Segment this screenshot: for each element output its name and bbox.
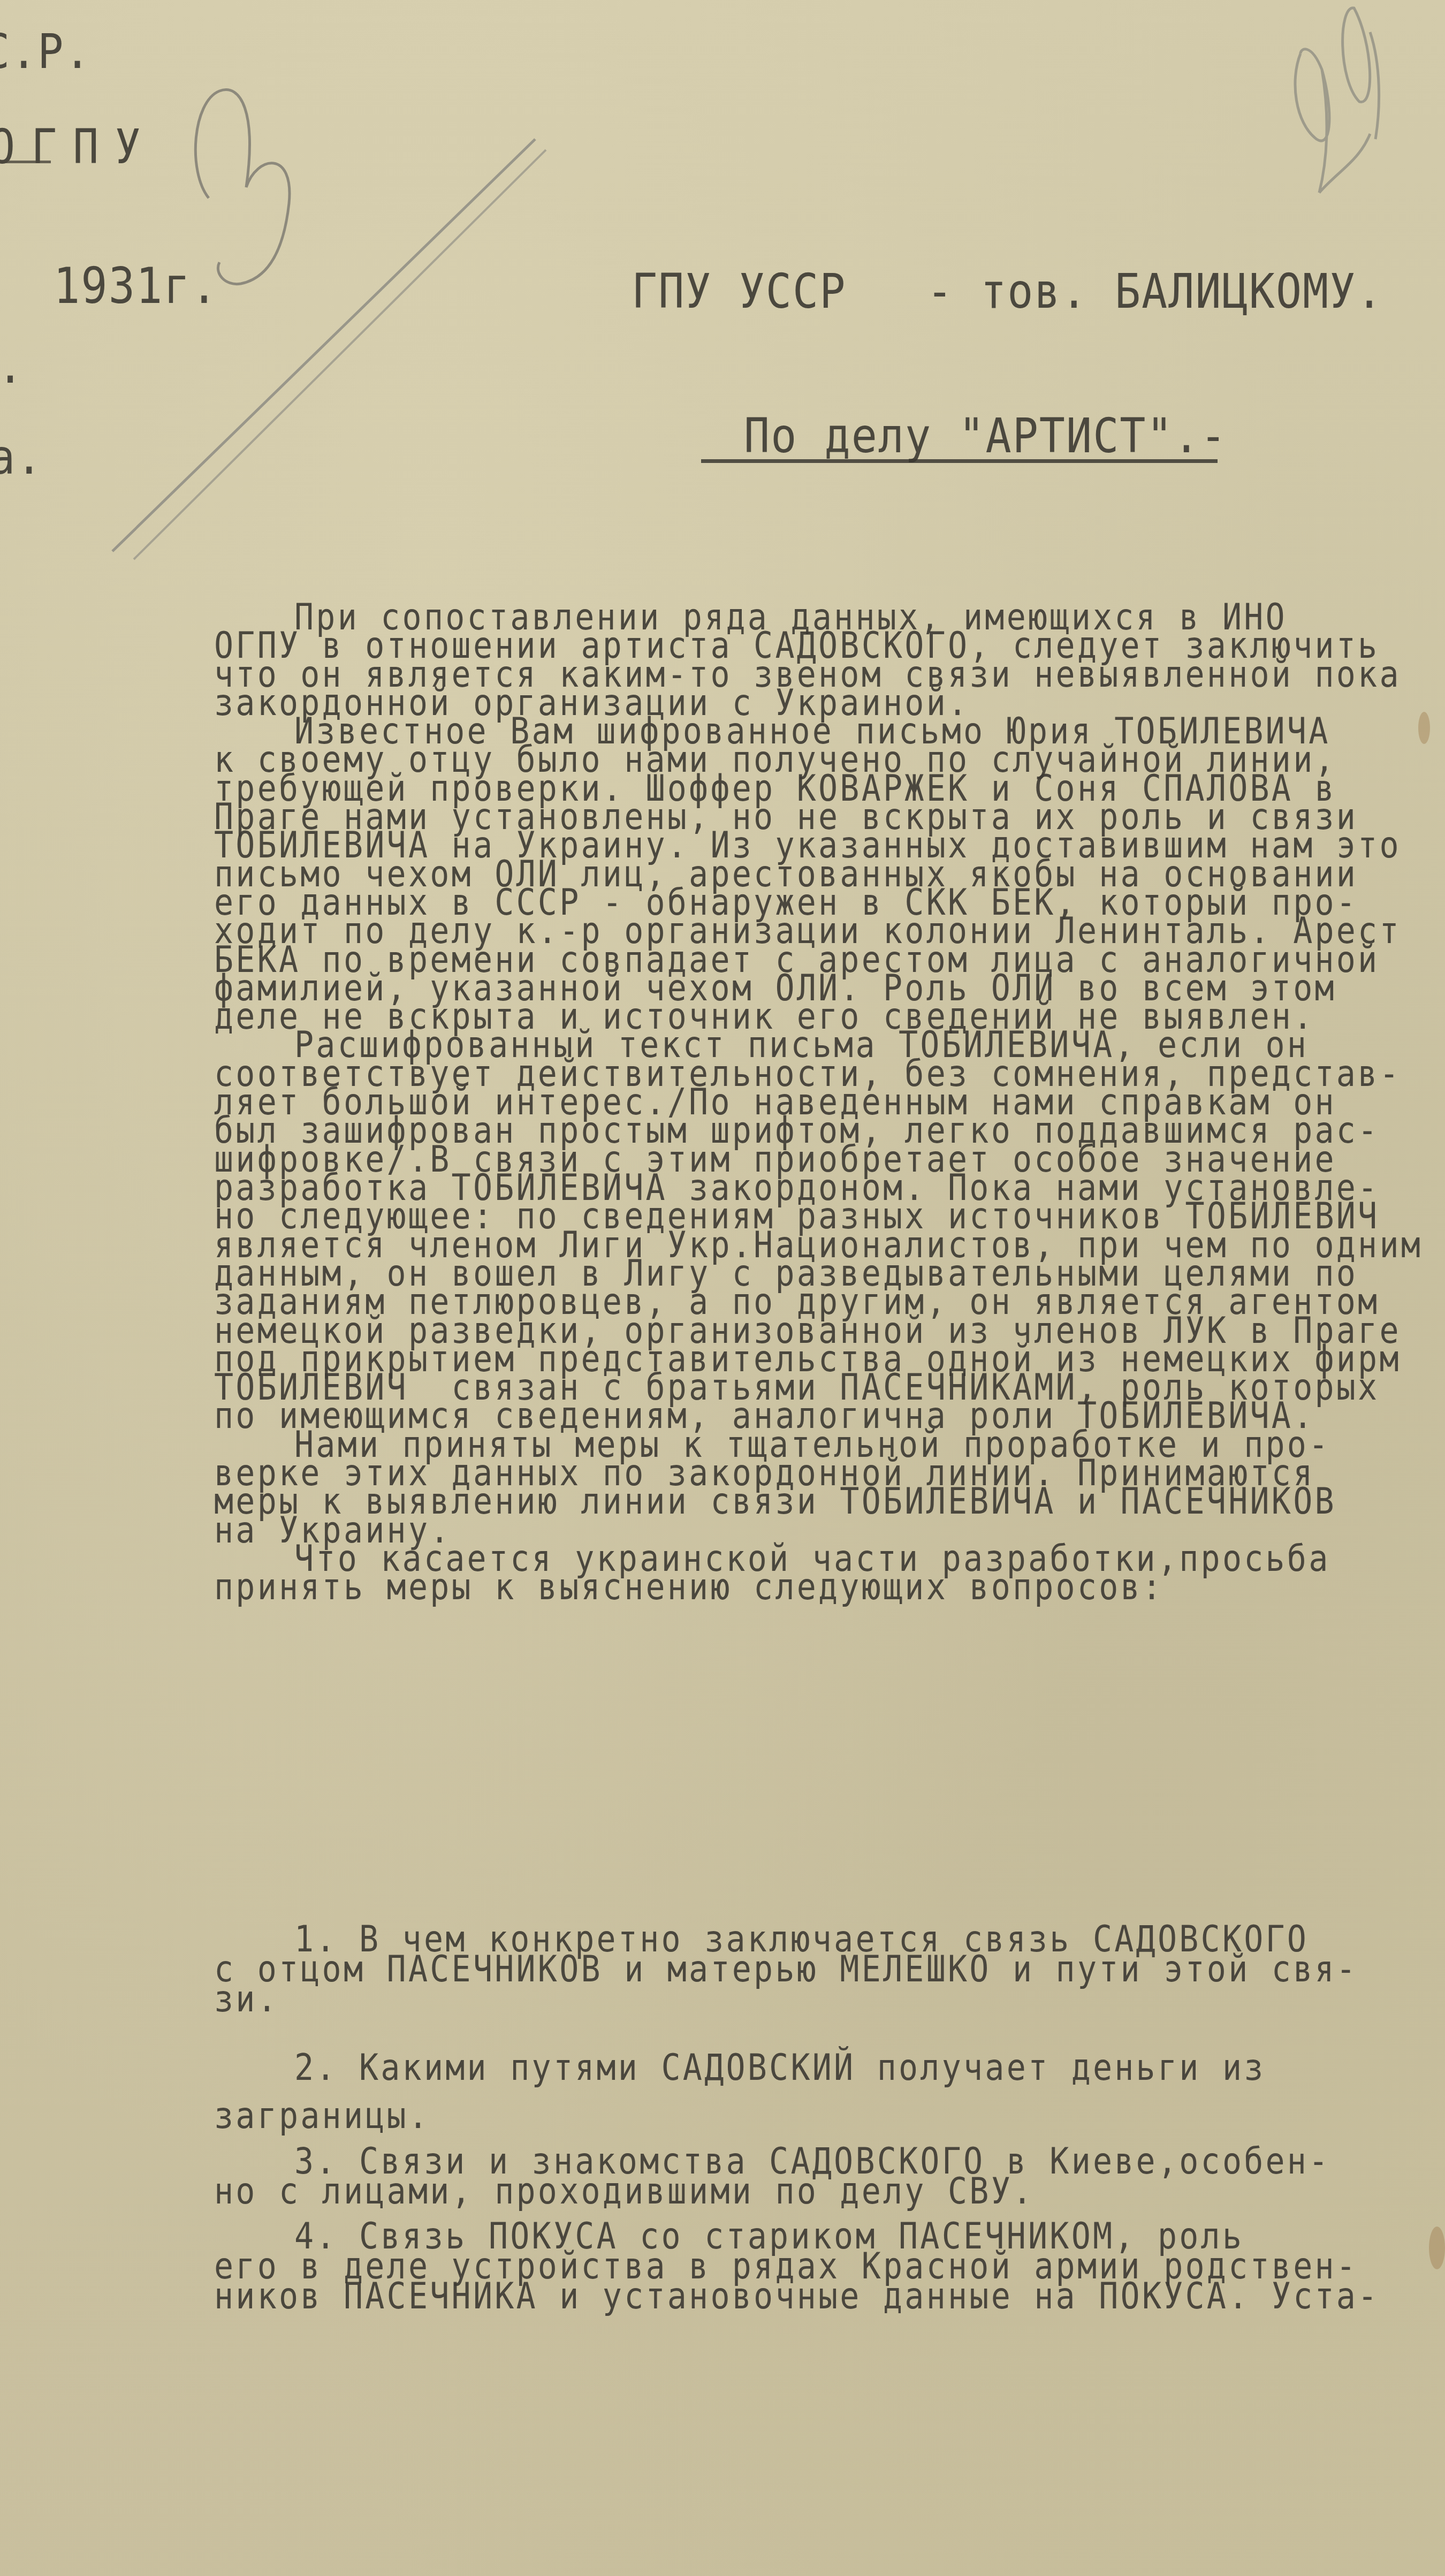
subject-line: По делу "АРТИСТ".- — [744, 412, 1227, 460]
addressee: ГПУ УССР - тов. БАЛИЦКОМУ. — [632, 268, 1383, 316]
question-line: заграницы. — [214, 2098, 430, 2134]
question-line: с отцом ПАСЕЧНИКОВ и матерью МЕЛЕШКО и п… — [214, 1951, 1358, 1987]
body-line: принять меры к выяснению следующих вопро… — [214, 1569, 1163, 1605]
question-line: но с лицами, проходившими по делу СВУ. — [214, 2174, 1034, 2209]
paper-stain — [1429, 2227, 1445, 2269]
margin-rule — [0, 161, 51, 163]
pencil-page-number-icon — [1279, 0, 1397, 203]
subject-underline — [701, 459, 1218, 463]
question-line: 2. Какими путями САДОВСКИЙ получает день… — [294, 2050, 1266, 2086]
margin-line-4: . — [0, 343, 24, 391]
margin-header-line-1: С.Р. — [0, 28, 92, 76]
margin-line-5: а. — [0, 434, 43, 482]
document-page: С.Р. ОГПУ 1931г. . а. ГПУ УССР - тов. БА… — [0, 0, 1445, 2576]
paper-stain — [1418, 712, 1430, 744]
question-line: ников ПАСЕЧНИКА и установочные данные на… — [214, 2278, 1379, 2314]
pencil-diagonal-strike-icon — [91, 134, 551, 562]
question-line: зи. — [214, 1981, 279, 2017]
